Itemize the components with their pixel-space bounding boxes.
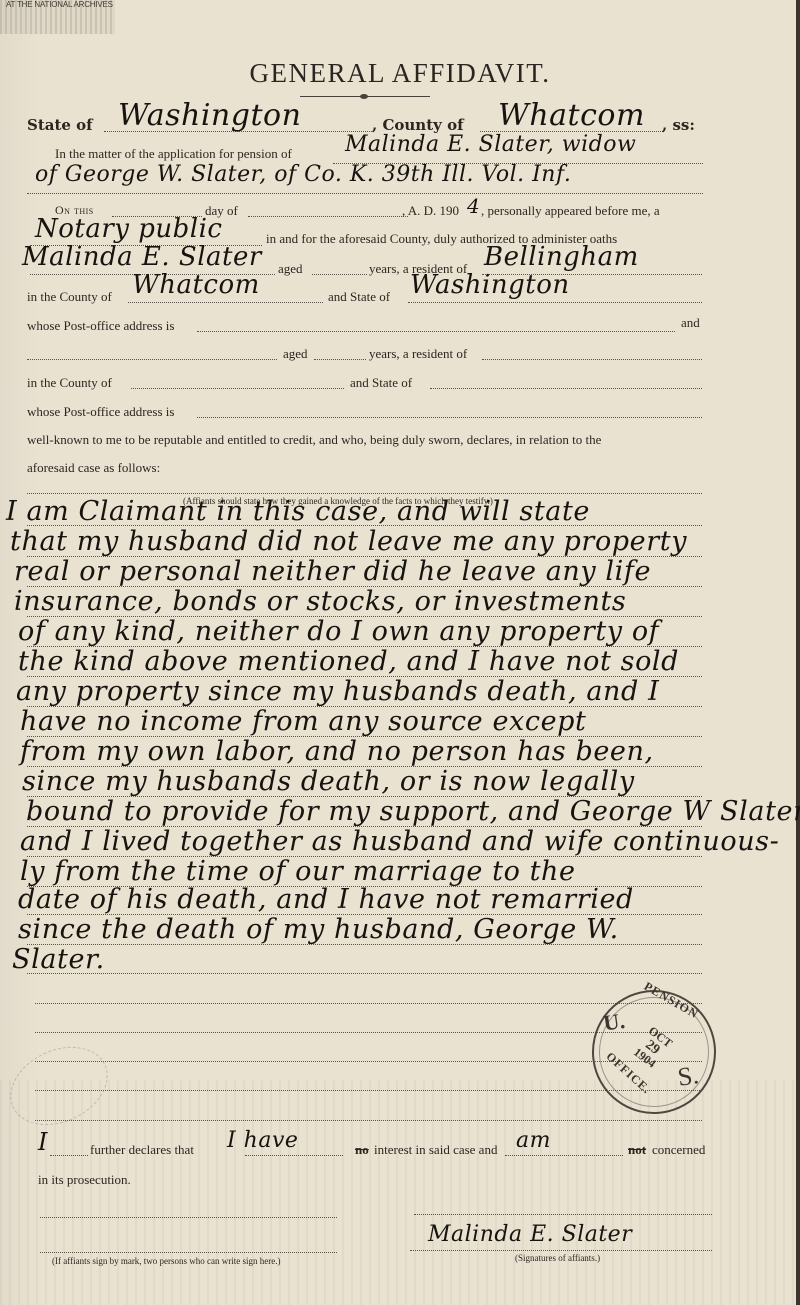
ss-label: , ss:	[662, 116, 695, 134]
appeared-label: , personally appeared before me, a	[481, 203, 660, 219]
witness-line-2	[40, 1252, 337, 1253]
statement-line-9: from my own labor, and no person has bee…	[20, 736, 654, 767]
concerned-text: concerned	[652, 1142, 705, 1158]
statement-line-14: date of his death, and I have not remarr…	[18, 884, 634, 915]
state-label: State of	[27, 116, 93, 134]
year-digit: 4	[467, 194, 480, 218]
prosecution-text: in its prosecution.	[38, 1172, 131, 1188]
and-label: and	[681, 315, 700, 331]
aged-label: aged	[278, 261, 303, 277]
affiant-signature: Malinda E. Slater	[428, 1222, 632, 1247]
officer-value: Notary public	[35, 214, 222, 244]
state-of-label-2: and State of	[350, 375, 412, 391]
rule-17	[35, 1003, 702, 1004]
affidavit-page: AT THE NATIONAL ARCHIVES GENERAL AFFIDAV…	[0, 0, 800, 1305]
statement-line-6: the kind above mentioned, and I have not…	[18, 646, 679, 677]
aged-label-2: aged	[283, 346, 308, 362]
page-edge	[796, 0, 800, 1305]
statement-line-11: bound to provide for my support, and Geo…	[26, 796, 800, 827]
affiant1-county: Whatcom	[132, 270, 260, 300]
county-value: Whatcom	[498, 98, 645, 133]
statement-line-2: that my husband did not leave me any pro…	[10, 526, 687, 557]
affiant1-state-line	[408, 302, 702, 303]
statement-line-10: since my husbands death, or is now legal…	[22, 766, 635, 797]
rule-20	[35, 1090, 702, 1091]
matter-label: In the matter of the application for pen…	[55, 146, 292, 162]
witness-line-1	[40, 1217, 337, 1218]
soldier-name: of George W. Slater, of Co. K. 39th Ill.…	[35, 162, 571, 187]
mark-note: (If affiants sign by mark, two persons w…	[52, 1256, 281, 1266]
ad-label: , A. D. 190	[402, 203, 459, 219]
statement-line-4: insurance, bonds or stocks, or investmen…	[14, 586, 626, 617]
rule-21	[35, 1120, 702, 1121]
interest-line	[245, 1155, 343, 1156]
document-title: GENERAL AFFIDAVIT.	[0, 58, 800, 89]
month-line	[248, 216, 408, 217]
residence-line-2	[482, 359, 702, 360]
county-line-2	[131, 388, 344, 389]
declarant-subject: I	[38, 1128, 48, 1156]
post-office-line-2	[197, 417, 702, 418]
rule-16	[27, 973, 702, 974]
aforesaid-case-text: aforesaid case as follows:	[27, 460, 160, 476]
affiant-sig-line-2	[410, 1250, 712, 1251]
archive-watermark: AT THE NATIONAL ARCHIVES	[0, 0, 115, 34]
interest-value: I have	[227, 1128, 298, 1153]
affiant1-name: Malinda E. Slater	[22, 242, 262, 272]
matter-line-2	[27, 193, 703, 194]
statement-line-15: since the death of my husband, George W.	[18, 914, 619, 945]
title-ornament	[300, 96, 430, 97]
well-known-text: well-known to me to be reputable and ent…	[27, 432, 601, 448]
claimant-name: Malinda E. Slater, widow	[345, 132, 636, 157]
state-of-label: and State of	[328, 289, 390, 305]
affiant-sig-line-1	[414, 1214, 712, 1215]
concern-value: am	[516, 1128, 551, 1153]
age-line	[312, 274, 367, 275]
age-line-2	[314, 359, 366, 360]
statement-line-3: real or personal neither did he leave an…	[14, 556, 651, 587]
affiant2-name-line	[27, 359, 277, 360]
post-office-line	[197, 331, 675, 332]
further-declares-text: further declares that	[90, 1142, 194, 1158]
state-value: Washington	[118, 98, 301, 133]
state-line-2	[430, 388, 702, 389]
post-office-label-2: whose Post-office address is	[27, 404, 174, 420]
affiant1-residence: Bellingham	[484, 242, 639, 272]
signatures-label: (Signatures of affiants.)	[515, 1253, 600, 1263]
subject-line	[50, 1155, 88, 1156]
county-of-label-2: in the County of	[27, 375, 112, 391]
affiant1-county-line	[128, 302, 323, 303]
interest-text: interest in said case and	[374, 1142, 497, 1158]
affiant1-state: Washington	[410, 270, 570, 300]
county-of-label: in the County of	[27, 289, 112, 305]
statement-line-16: Slater.	[12, 944, 105, 975]
statement-line-1: I am Claimant in this case, and will sta…	[6, 496, 590, 527]
statement-line-7: any property since my husbands death, an…	[16, 676, 659, 707]
statement-top-line	[27, 493, 702, 494]
statement-line-8: have no income from any source except	[20, 706, 586, 737]
scan-shading	[0, 1080, 796, 1305]
post-office-label: whose Post-office address is	[27, 318, 174, 334]
no-struck: no	[355, 1142, 369, 1158]
statement-line-12: and I lived together as husband and wife…	[20, 826, 779, 857]
not-struck: not	[628, 1142, 646, 1158]
years-resident-label-2: years, a resident of	[369, 346, 467, 362]
concern-line	[505, 1155, 623, 1156]
statement-line-5: of any kind, neither do I own any proper…	[18, 616, 659, 647]
statement-line-13: ly from the time of our marriage to the	[20, 856, 576, 887]
